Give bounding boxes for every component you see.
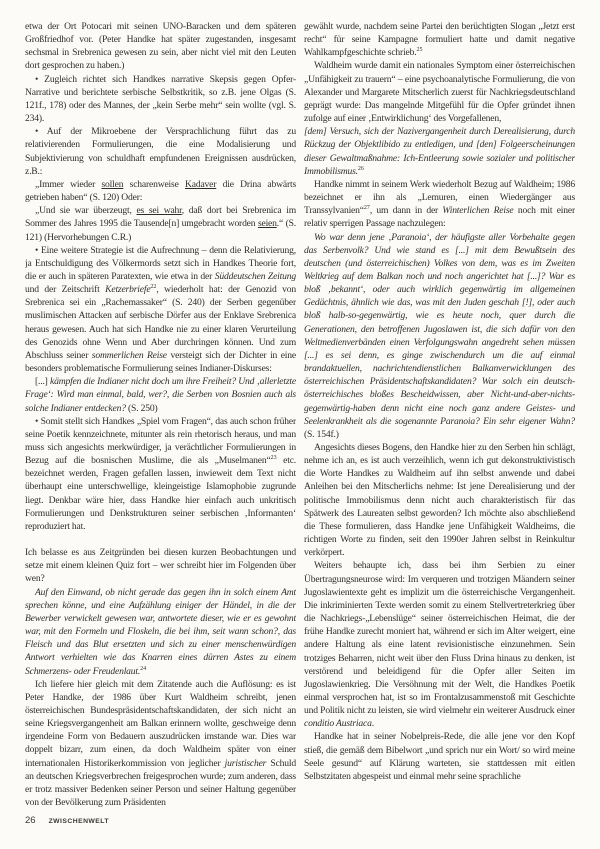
- paragraph: [dem] Versuch, sich der Nazivergangenhei…: [304, 125, 575, 178]
- page-footer: 26 ZWISCHENWELT: [25, 815, 109, 826]
- paragraph: Weiters behaupte ich, dass bei ihm Serbi…: [304, 559, 575, 730]
- paragraph: Wo war denn jene ‚Paranoia‘, der häufigs…: [304, 231, 575, 442]
- paragraph: • Auf der Mikroebene der Versprachlichun…: [25, 125, 296, 178]
- paragraph: Auf den Einwand, ob nicht gerade das geg…: [25, 586, 296, 678]
- column-left: etwa der Ort Potocari mit seinen UNO-Bar…: [25, 20, 296, 808]
- paragraph: • Somit stellt sich Handkes „Spiel vom F…: [25, 415, 296, 533]
- footnote-marker: 25: [416, 47, 422, 53]
- paragraph: • Eine weitere Strategie ist die Aufrech…: [25, 244, 296, 376]
- paragraph: etwa der Ort Potocari mit seinen UNO-Bar…: [25, 20, 296, 73]
- footnote-marker: 24: [140, 665, 146, 671]
- column-right: gewählt wurde, nachdem seine Partei den …: [304, 20, 575, 808]
- paragraph: „Immer wieder sollen scharenweise Kadave…: [25, 178, 296, 204]
- footnote-marker: 26: [358, 166, 364, 172]
- paragraph: Handke hat in seiner Nobelpreis-Rede, di…: [304, 730, 575, 783]
- page-number: 26: [25, 815, 36, 826]
- paragraph: • Zugleich richtet sich Handkes narrativ…: [25, 73, 296, 126]
- paragraph: gewählt wurde, nachdem seine Partei den …: [304, 20, 575, 59]
- paragraph: Ich liefere hier gleich mit dem Zitatend…: [25, 678, 296, 808]
- paragraph: Ich belasse es aus Zeitgründen bei diese…: [25, 546, 296, 585]
- paragraph: Waldheim wurde damit ein nationales Symp…: [304, 59, 575, 125]
- document-page: etwa der Ort Potocari mit seinen UNO-Bar…: [0, 0, 600, 849]
- paragraph: Handke nimmt in seinem Werk wiederholt B…: [304, 178, 575, 231]
- paragraph: Angesichts dieses Bogens, den Handke hie…: [304, 441, 575, 559]
- journal-title: ZWISCHENWELT: [49, 818, 109, 825]
- paragraph: [...] kämpfen die Indianer nicht doch um…: [25, 375, 296, 414]
- text-columns: etwa der Ort Potocari mit seinen UNO-Bar…: [25, 20, 575, 808]
- paragraph: „Und sie war überzeugt, es sei wahr, daß…: [25, 204, 296, 243]
